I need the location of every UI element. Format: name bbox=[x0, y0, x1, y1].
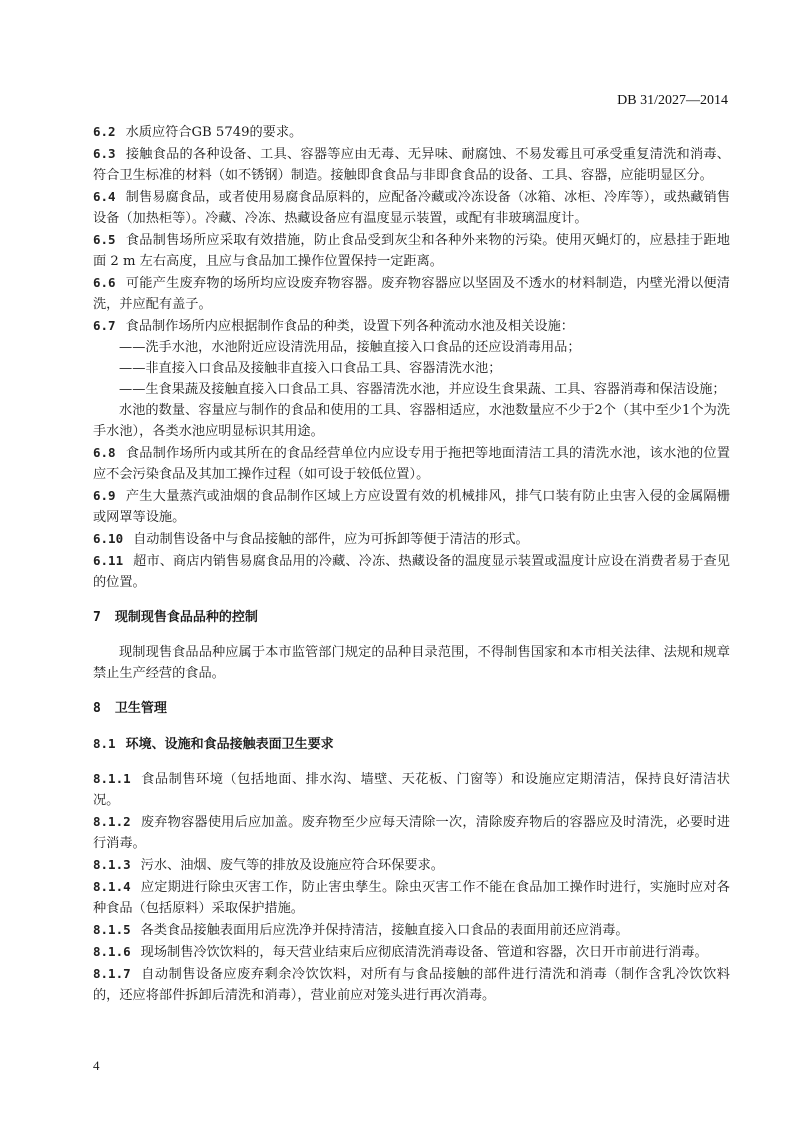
clause-text: 食品制作场所内或其所在的食品经营单位内应设专用于拖把等地面清洁工具的清洗水池，该… bbox=[93, 446, 730, 482]
clause-8-1-6: 8.1.6现场制售冷饮饮料的，每天营业结束后应彻底清洗消毒设备、管道和容器，次日… bbox=[93, 941, 730, 963]
clause-text: 各类食品接触表面用后应洗净并保持清洁，接触直接入口食品的表面用前还应消毒。 bbox=[141, 923, 629, 938]
section-8-1-heading: 8.1环境、设施和食品接触表面卫生要求 bbox=[93, 733, 730, 755]
clause-number: 6.8 bbox=[93, 445, 116, 460]
clause-number: 8.1.4 bbox=[93, 879, 131, 894]
clause-8-1-5: 8.1.5各类食品接触表面用后应洗净并保持清洁，接触直接入口食品的表面用前还应消… bbox=[93, 919, 730, 941]
clause-number: 6.9 bbox=[93, 488, 116, 503]
section-7-heading: 7现制现售食品品种的控制 bbox=[93, 607, 730, 628]
clause-text: 产生大量蒸汽或油烟的食品制作区域上方应设置有效的机械排风，排气口装有防止虫害入侵… bbox=[93, 489, 730, 525]
clause-text: 自动制售设备中与食品接触的部件，应为可拆卸等便于清洁的形式。 bbox=[133, 532, 529, 547]
section-title: 卫生管理 bbox=[115, 701, 167, 716]
clause-number: 6.3 bbox=[93, 146, 116, 161]
clause-number: 6.11 bbox=[93, 553, 123, 568]
clause-number: 6.2 bbox=[93, 124, 116, 139]
clause-6-2: 6.2水质应符合GB 5749的要求。 bbox=[93, 121, 730, 143]
clause-number: 8.1.5 bbox=[93, 922, 131, 937]
document-body: 6.2水质应符合GB 5749的要求。 6.3接触食品的各种设备、工具、容器等应… bbox=[93, 121, 730, 1006]
clause-6-10: 6.10自动制售设备中与食品接触的部件，应为可拆卸等便于清洁的形式。 bbox=[93, 528, 730, 550]
clause-8-1-4: 8.1.4应定期进行除虫灭害工作，防止害虫孳生。除虫灭害工作不能在食品加工操作时… bbox=[93, 876, 730, 919]
list-item: ——非直接入口食品及接触非直接入口食品工具、容器清洗水池； bbox=[93, 358, 730, 379]
clause-number: 8.1.7 bbox=[93, 966, 131, 981]
clause-text: 制售易腐食品，或者使用易腐食品原料的，应配备冷藏或冷冻设备（冰箱、冰柜、冷库等）… bbox=[93, 190, 730, 226]
clause-number: 6.4 bbox=[93, 189, 116, 204]
clause-6-7: 6.7食品制作场所内应根据制作食品的种类，设置下列各种流动水池及相关设施： bbox=[93, 315, 730, 337]
clause-6-3: 6.3接触食品的各种设备、工具、容器等应由无毒、无异味、耐腐蚀、不易发霉且可承受… bbox=[93, 143, 730, 186]
clause-6-11: 6.11超市、商店内销售易腐食品用的冷藏、冷冻、热藏设备的温度显示装置或温度计应… bbox=[93, 550, 730, 593]
clause-number: 6.10 bbox=[93, 531, 123, 546]
clause-text: 废弃物容器使用后应加盖。废弃物至少应每天清除一次，清除废弃物后的容器应及时清洗，… bbox=[93, 815, 730, 851]
section-number: 8 bbox=[93, 701, 101, 716]
clause-6-8: 6.8食品制作场所内或其所在的食品经营单位内应设专用于拖把等地面清洁工具的清洗水… bbox=[93, 442, 730, 485]
clause-text: 食品制作场所内应根据制作食品的种类，设置下列各种流动水池及相关设施： bbox=[126, 319, 574, 334]
clause-6-4: 6.4制售易腐食品，或者使用易腐食品原料的，应配备冷藏或冷冻设备（冰箱、冰柜、冷… bbox=[93, 186, 730, 229]
clause-number: 6.7 bbox=[93, 318, 116, 333]
clause-number: 6.5 bbox=[93, 232, 116, 247]
clause-text: 食品制售场所应采取有效措施，防止食品受到灰尘和各种外来物的污染。使用灭蝇灯的，应… bbox=[93, 233, 730, 269]
clause-number: 8.1.2 bbox=[93, 814, 131, 829]
clause-8-1-7: 8.1.7自动制售设备应废弃剩余冷饮饮料，对所有与食品接触的部件进行清洗和消毒（… bbox=[93, 963, 730, 1006]
clause-text: 可能产生废弃物的场所均应设废弃物容器。废弃物容器应以坚固及不透水的材料制造，内壁… bbox=[93, 276, 730, 312]
clause-number: 8.1.6 bbox=[93, 944, 131, 959]
clause-number: 6.6 bbox=[93, 275, 116, 290]
clause-text: 自动制售设备应废弃剩余冷饮饮料，对所有与食品接触的部件进行清洗和消毒（制作含乳冷… bbox=[93, 967, 730, 1003]
section-7-body: 现制现售食品品种应属于本市监管部门规定的品种目录范围，不得制售国家和本市相关法律… bbox=[93, 642, 730, 684]
clause-number: 8.1.3 bbox=[93, 857, 131, 872]
clause-text: 应定期进行除虫灭害工作，防止害虫孳生。除虫灭害工作不能在食品加工操作时进行，实施… bbox=[93, 880, 730, 916]
list-item: ——生食果蔬及接触直接入口食品工具、容器清洗水池，并应设生食果蔬、工具、容器消毒… bbox=[93, 379, 730, 400]
clause-8-1-3: 8.1.3污水、油烟、废气等的排放及设施应符合环保要求。 bbox=[93, 854, 730, 876]
clause-8-1-1: 8.1.1食品制售环境（包括地面、排水沟、墙壁、天花板、门窗等）和设施应定期清洁… bbox=[93, 768, 730, 811]
clause-text: 超市、商店内销售易腐食品用的冷藏、冷冻、热藏设备的温度显示装置或温度计应设在消费… bbox=[93, 554, 730, 590]
clause-text: 接触食品的各种设备、工具、容器等应由无毒、无异味、耐腐蚀、不易发霉且可承受重复清… bbox=[93, 147, 730, 183]
page-number: 4 bbox=[93, 1058, 100, 1074]
document-code: DB 31/2027—2014 bbox=[617, 93, 728, 109]
clause-text: 水质应符合GB 5749的要求。 bbox=[126, 125, 303, 140]
section-number: 8.1 bbox=[93, 736, 116, 751]
clause-text: 污水、油烟、废气等的排放及设施应符合环保要求。 bbox=[141, 858, 444, 873]
section-8-heading: 8卫生管理 bbox=[93, 698, 730, 719]
clause-6-5: 6.5食品制售场所应采取有效措施，防止食品受到灰尘和各种外来物的污染。使用灭蝇灯… bbox=[93, 229, 730, 272]
clause-6-6: 6.6可能产生废弃物的场所均应设废弃物容器。废弃物容器应以坚固及不透水的材料制造… bbox=[93, 272, 730, 315]
section-title: 现制现售食品品种的控制 bbox=[115, 610, 258, 625]
clause-text: 食品制售环境（包括地面、排水沟、墙壁、天花板、门窗等）和设施应定期清洁，保持良好… bbox=[93, 772, 730, 808]
clause-6-7-note: 水池的数量、容量应与制作的食品和使用的工具、容器相适应，水池数量应不少于2个（其… bbox=[93, 400, 730, 442]
clause-6-9: 6.9产生大量蒸汽或油烟的食品制作区域上方应设置有效的机械排风，排气口装有防止虫… bbox=[93, 485, 730, 528]
section-number: 7 bbox=[93, 610, 101, 625]
clause-8-1-2: 8.1.2废弃物容器使用后应加盖。废弃物至少应每天清除一次，清除废弃物后的容器应… bbox=[93, 811, 730, 854]
section-title: 环境、设施和食品接触表面卫生要求 bbox=[126, 737, 334, 752]
clause-text: 现场制售冷饮饮料的，每天营业结束后应彻底清洗消毒设备、管道和容器，次日开市前进行… bbox=[141, 945, 708, 960]
clause-number: 8.1.1 bbox=[93, 771, 131, 786]
list-item: ——洗手水池，水池附近应设清洗用品，接触直接入口食品的还应设消毒用品； bbox=[93, 337, 730, 358]
